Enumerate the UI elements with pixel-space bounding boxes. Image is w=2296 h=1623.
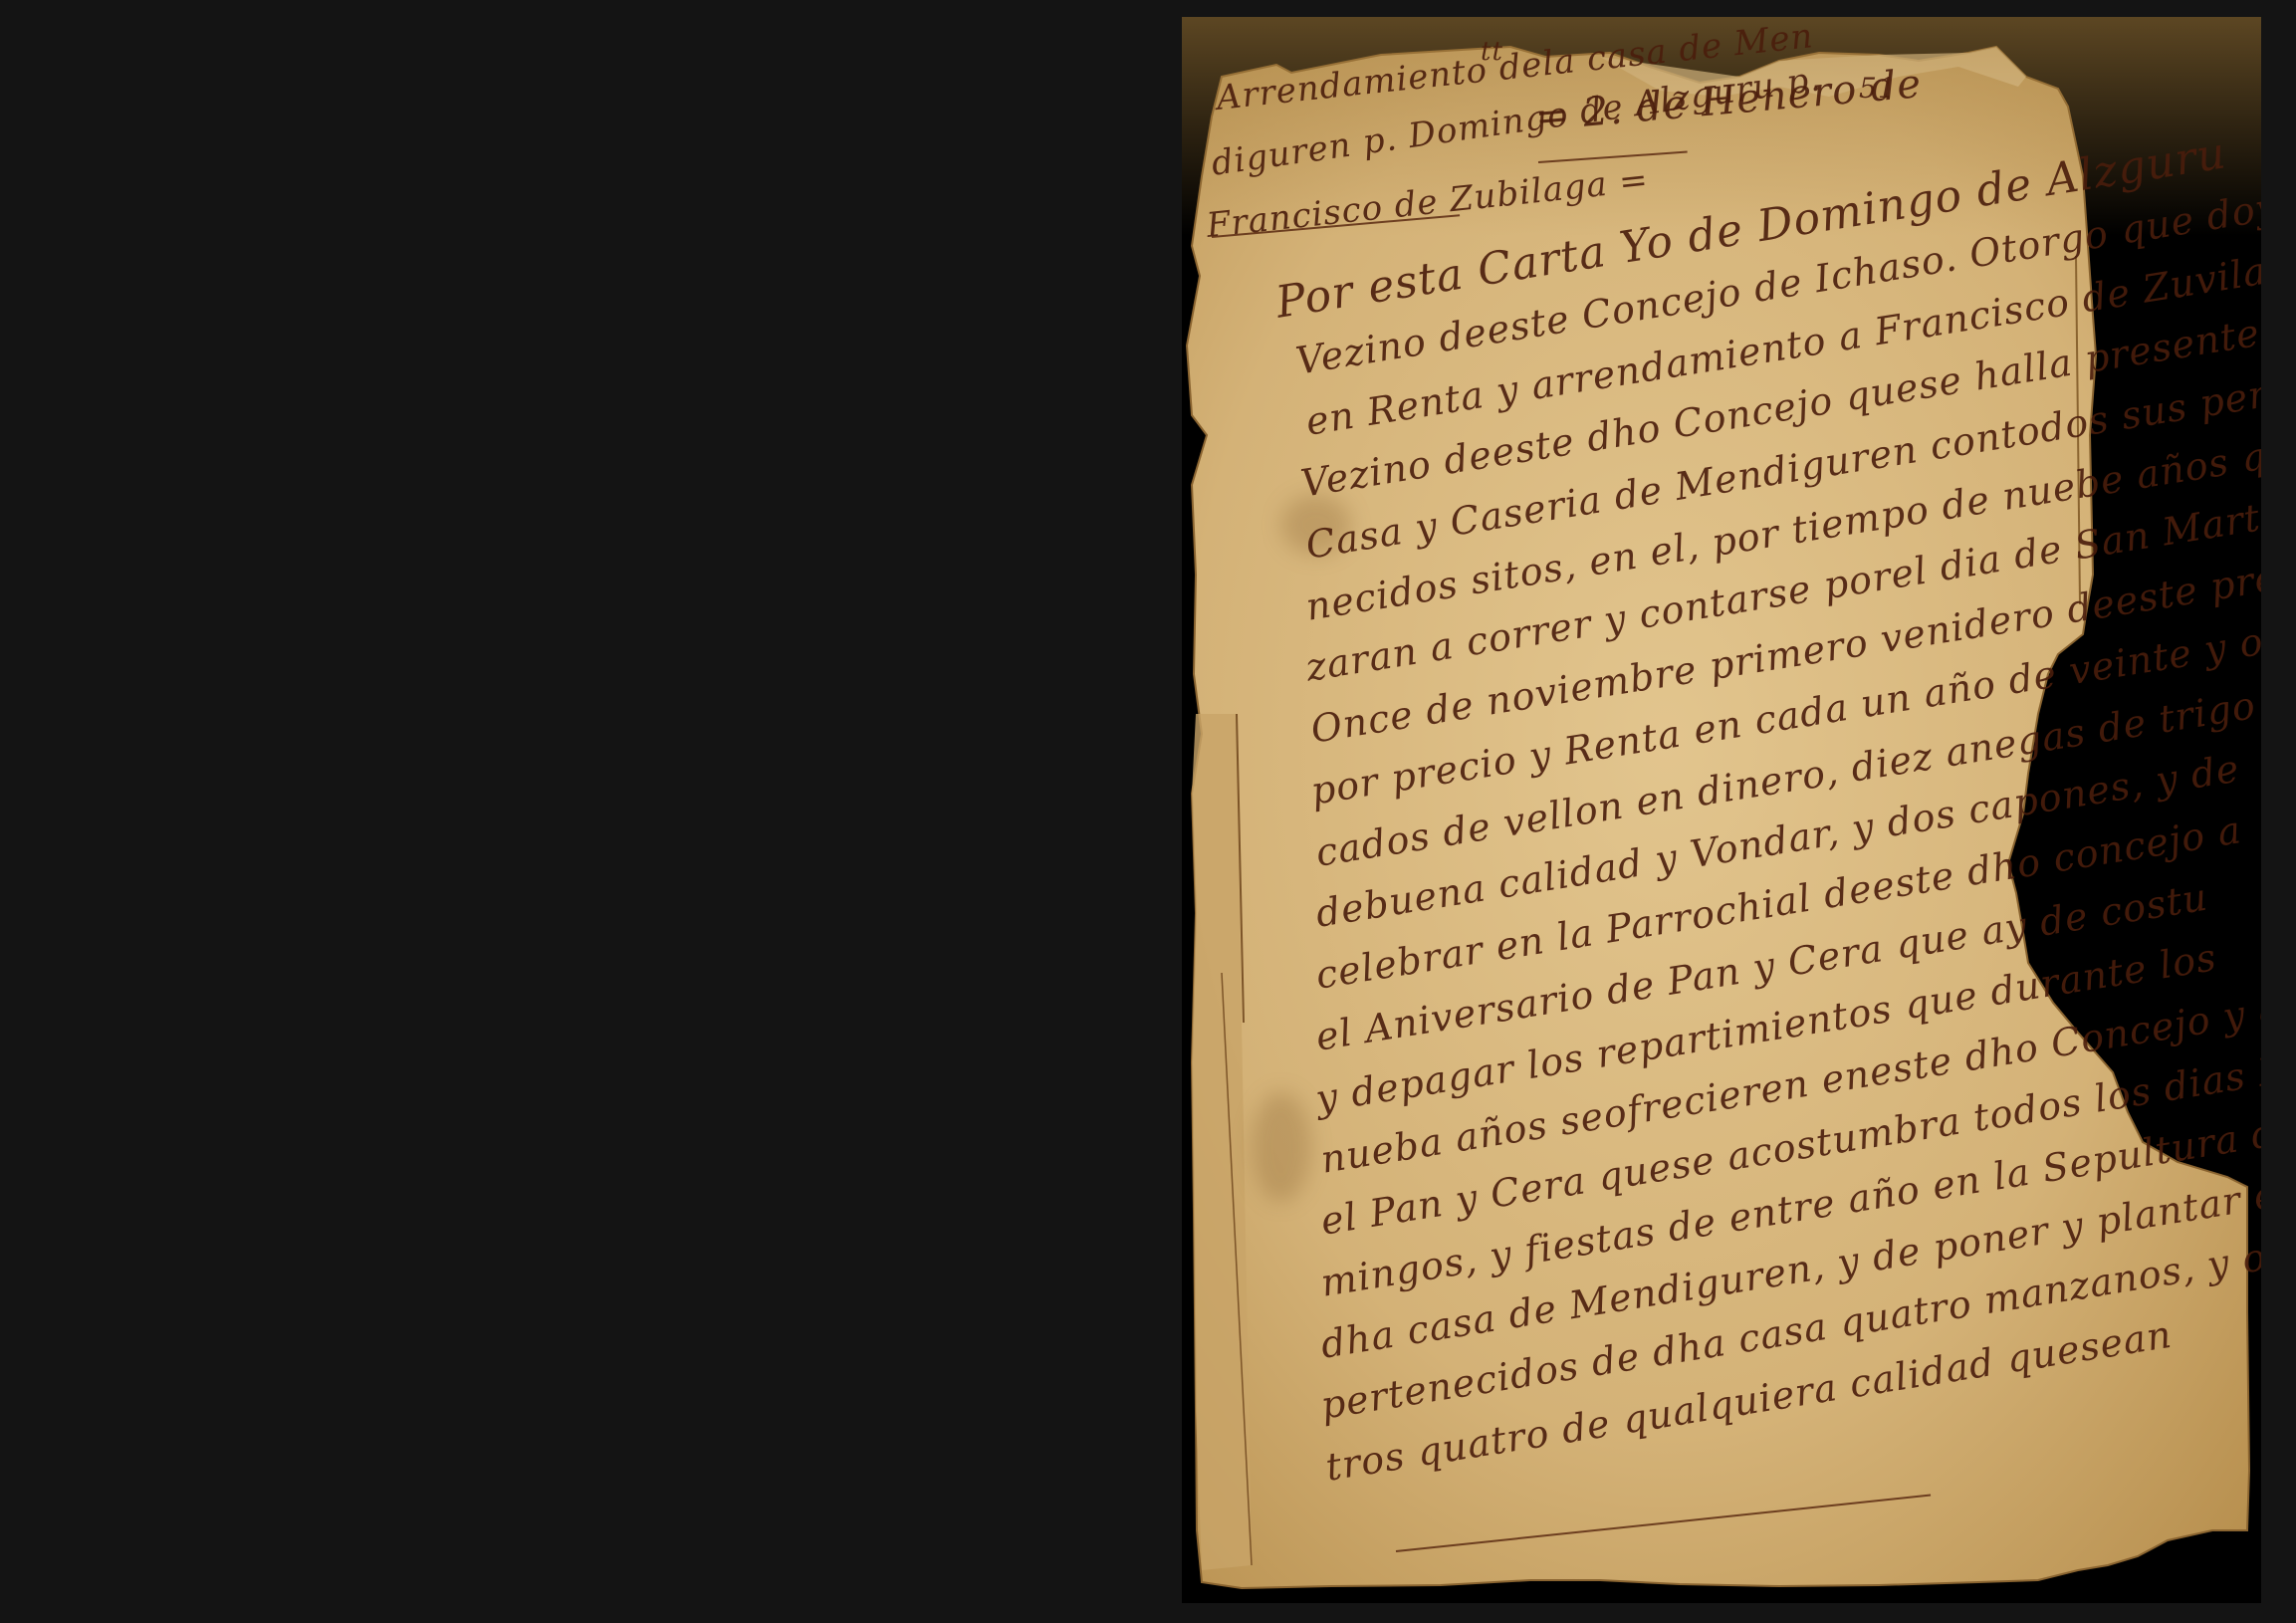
header-date-fragment: 51 xyxy=(1859,72,1897,105)
header-superscript: tt xyxy=(1481,37,1503,67)
image-viewer: Arrendamiento dela casa de Men tt digure… xyxy=(0,0,2296,1623)
handwritten-text: Arrendamiento dela casa de Men tt digure… xyxy=(1182,17,2261,1603)
document-image: Arrendamiento dela casa de Men tt digure… xyxy=(1182,17,2261,1603)
header-underline xyxy=(1538,151,1688,163)
ink-stain xyxy=(1252,1092,1311,1202)
closing-rule xyxy=(1396,1495,1931,1552)
